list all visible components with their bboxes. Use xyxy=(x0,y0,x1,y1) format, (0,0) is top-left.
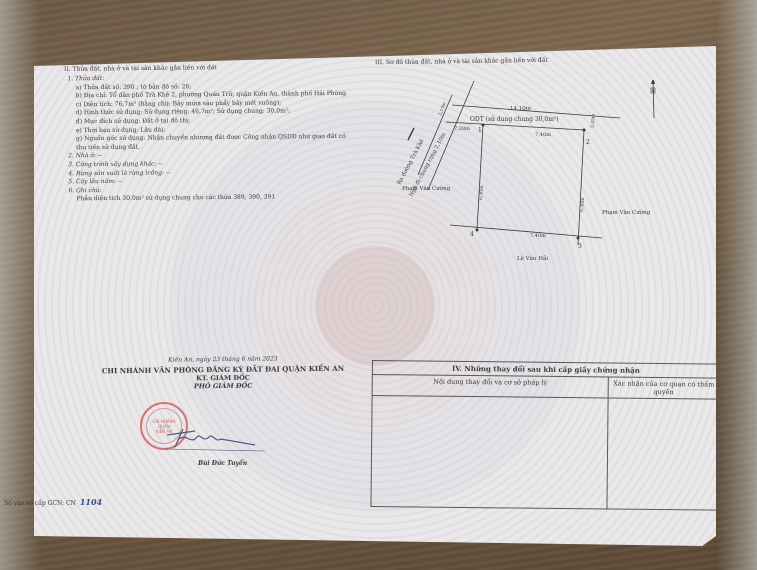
north-arrow-icon: B xyxy=(651,80,655,118)
col-header-confirmation: Xác nhận của cơ quan có thẩm quyền xyxy=(608,377,719,399)
issue-date: Kiến An, ngày 23 tháng 6 năm 2023 xyxy=(88,355,358,365)
registry-number: Số vào sổ cấp GCN: CN1104 xyxy=(4,497,102,507)
svg-text:7,40m: 7,40m xyxy=(535,132,551,138)
land-plot-diagram: B Ra đường Trà Khê Ngõ đi chung rộng 2,1… xyxy=(370,80,710,310)
svg-text:14,10m: 14,10m xyxy=(510,106,532,112)
section-ii-body: 1. Thửa đất:a) Thửa đất số: 390 ; tờ bản… xyxy=(67,73,368,205)
svg-text:6,30m: 6,30m xyxy=(579,197,586,212)
svg-text:7,40m: 7,40m xyxy=(530,233,546,239)
confirmation-cell xyxy=(607,398,719,510)
col-header-changes: Nội dung thay đổi và cơ sở pháp lý xyxy=(372,375,608,398)
signature-icon xyxy=(165,425,265,455)
svg-text:B: B xyxy=(652,88,655,93)
changes-cell xyxy=(371,396,608,509)
svg-text:3: 3 xyxy=(578,243,582,250)
svg-text:4: 4 xyxy=(470,231,474,238)
svg-text:Lê Văn Hải: Lê Văn Hải xyxy=(517,255,548,262)
glare-right xyxy=(717,0,757,570)
changes-table: IV. Những thay đổi sau khi cấp giấy chứn… xyxy=(370,360,720,511)
svg-text:6,30m: 6,30m xyxy=(478,185,485,200)
svg-text:ODT (sử dụng chung 30,0m²): ODT (sử dụng chung 30,0m²) xyxy=(470,116,559,123)
signature-block: Kiến An, ngày 23 tháng 6 năm 2023 CHI NH… xyxy=(88,355,358,392)
svg-text:Phạm Văn Cường: Phạm Văn Cường xyxy=(402,185,451,192)
svg-text:7,28m: 7,28m xyxy=(454,126,470,132)
svg-text:2,05m: 2,05m xyxy=(590,113,597,128)
signer-name: Bùi Đức Tuyển xyxy=(198,460,247,467)
svg-text:2: 2 xyxy=(586,139,590,146)
svg-text:Phạm Văn Cường: Phạm Văn Cường xyxy=(602,209,651,216)
svg-text:1: 1 xyxy=(478,127,482,134)
